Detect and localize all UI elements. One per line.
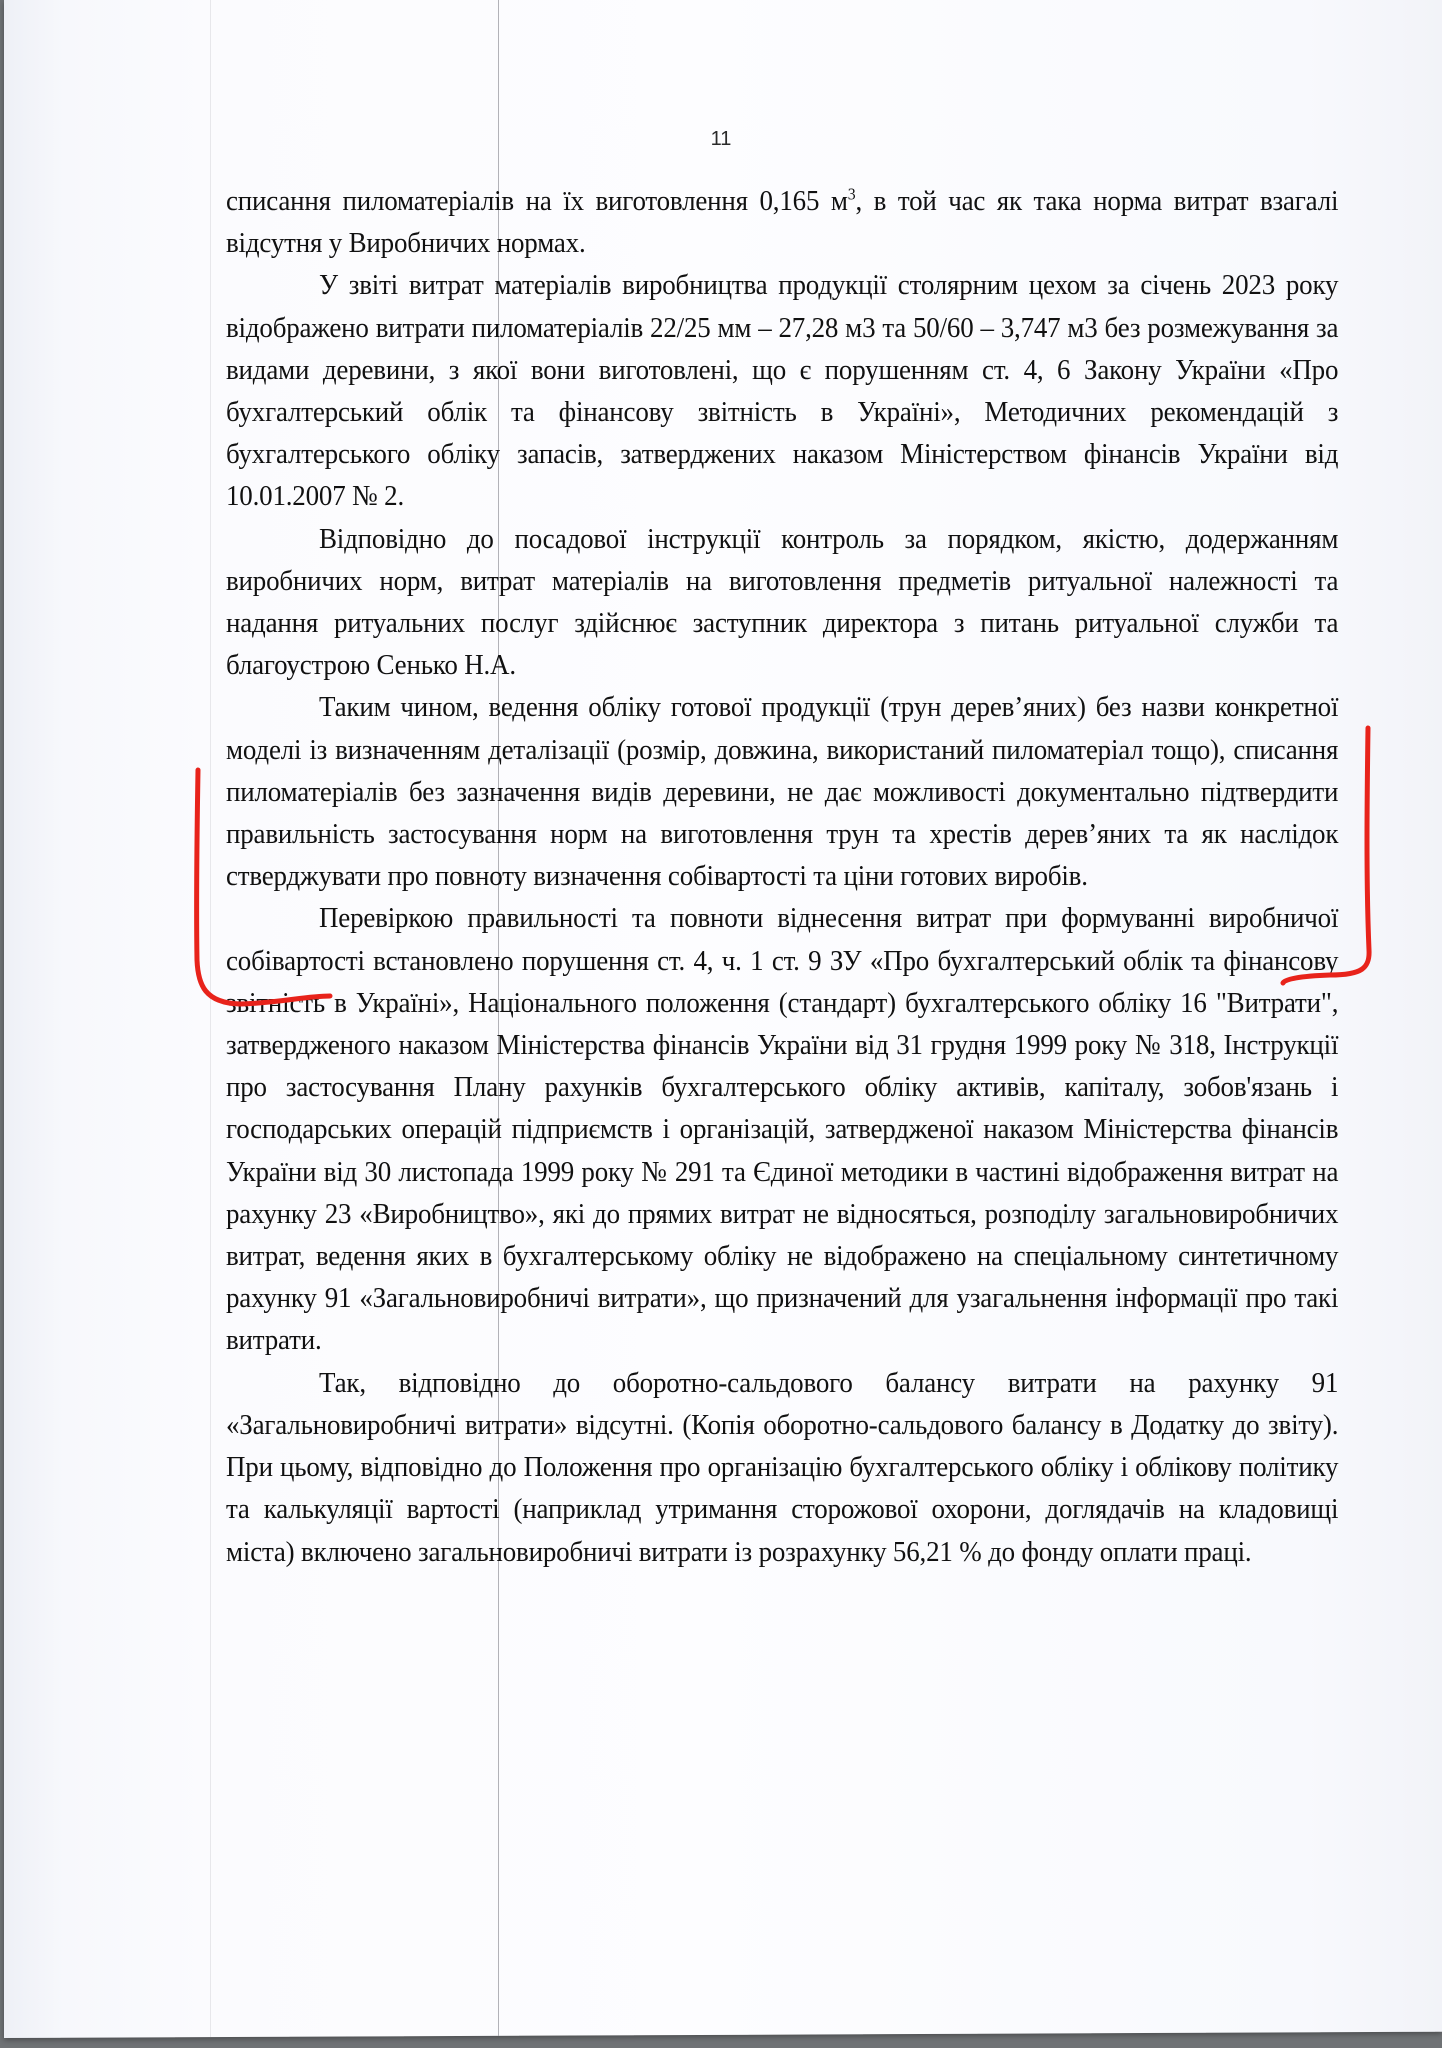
page-number: 11 bbox=[0, 128, 1442, 151]
paragraph-text: списання пиломатеріалів на їх виготовлен… bbox=[226, 185, 848, 217]
paragraph-4-highlighted: Таким чином, ведення обліку готової прод… bbox=[226, 686, 1338, 897]
paragraph-6: Так, відповідно до оборотно-сальдового б… bbox=[226, 1362, 1338, 1573]
scan-edge-line bbox=[210, 0, 211, 2037]
superscript-cubic: 3 bbox=[848, 184, 856, 203]
document-body: списання пиломатеріалів на їх виготовлен… bbox=[226, 180, 1338, 1573]
paragraph-5: Перевіркою правильності та повноти відне… bbox=[226, 897, 1338, 1361]
paragraph-2: У звіті витрат матеріалів виробництва пр… bbox=[226, 264, 1338, 517]
paragraph-1: списання пиломатеріалів на їх виготовлен… bbox=[226, 180, 1338, 264]
paragraph-3: Відповідно до посадової інструкції контр… bbox=[226, 518, 1338, 687]
